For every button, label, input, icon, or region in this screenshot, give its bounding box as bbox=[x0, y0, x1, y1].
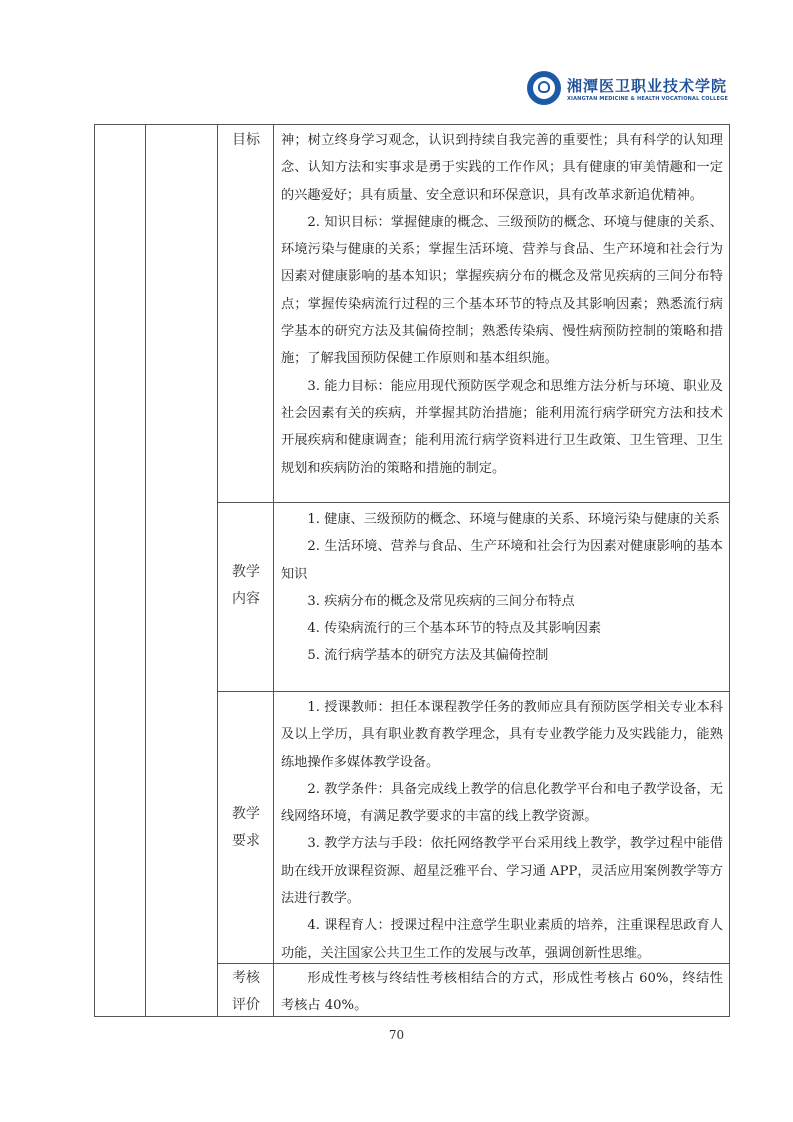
row-label-teaching-content: 教学 内容 bbox=[218, 559, 274, 613]
assessment-paragraph: 形成性考核与终结性考核相结合的方式，形成性考核占 60%，终结性考核占 40%。 bbox=[281, 965, 723, 1020]
label-line: 考核 bbox=[218, 965, 274, 992]
ability-goal-paragraph: 3. 能力目标：能应用现代预防医学观念和思维方法分析与环境、职业及社会因素有关的… bbox=[281, 373, 723, 482]
goal-content: 神；树立终身学习观念，认识到持续自我完善的重要性；具有科学的认知理念、认知方法和… bbox=[281, 127, 723, 482]
page-number: 70 bbox=[0, 1028, 793, 1042]
teaching-content: 1. 健康、三级预防的概念、环境与健康的关系、环境污染与健康的关系 2. 生活环… bbox=[281, 506, 723, 670]
content-item: 2. 生活环境、营养与食品、生产环境和社会行为因素对健康影响的基本知识 bbox=[281, 533, 723, 588]
label-line: 要求 bbox=[218, 828, 274, 855]
requirement-item: 4. 课程育人：授课过程中注意学生职业素质的培养，注重课程思政育人功能，关注国家… bbox=[281, 912, 723, 967]
teaching-requirements: 1. 授课教师：担任本课程教学任务的教师应具有预防医学相关专业本科及以上学历，具… bbox=[281, 694, 723, 967]
college-name-cn: 湘潭医卫职业技术学院 bbox=[567, 75, 728, 96]
requirement-item: 2. 教学条件：具备完成线上教学的信息化教学平台和电子教学设备，无线网络环境，有… bbox=[281, 776, 723, 831]
knowledge-goal-paragraph: 2. 知识目标：掌握健康的概念、三级预防的概念、环境与健康的关系、环境污染与健康… bbox=[281, 209, 723, 373]
college-name-en: XIANGTAN MEDICINE & HEALTH VOCATIONAL CO… bbox=[567, 96, 728, 102]
label-line: 评价 bbox=[218, 992, 274, 1019]
assessment-content: 形成性考核与终结性考核相结合的方式，形成性考核占 60%，终结性考核占 40%。 bbox=[281, 965, 723, 1020]
content-item: 4. 传染病流行的三个基本环节的特点及其影响因素 bbox=[281, 615, 723, 642]
goal-paragraph: 神；树立终身学习观念，认识到持续自我完善的重要性；具有科学的认知理念、认知方法和… bbox=[281, 127, 723, 209]
label-line: 教学 bbox=[218, 559, 274, 586]
row-label-assessment: 考核 评价 bbox=[218, 965, 274, 1019]
college-logo: 湘潭医卫职业技术学院 XIANGTAN MEDICINE & HEALTH VO… bbox=[527, 66, 707, 110]
column-divider bbox=[145, 125, 146, 1016]
label-line: 内容 bbox=[218, 586, 274, 613]
requirement-item: 1. 授课教师：担任本课程教学任务的教师应具有预防医学相关专业本科及以上学历，具… bbox=[281, 694, 723, 776]
row-label-teaching-requirements: 教学 要求 bbox=[218, 801, 274, 855]
label-line: 教学 bbox=[218, 801, 274, 828]
row-label-goal: 目标 bbox=[218, 127, 274, 154]
content-item: 1. 健康、三级预防的概念、环境与健康的关系、环境污染与健康的关系 bbox=[281, 506, 723, 533]
content-item: 3. 疾病分布的概念及常见疾病的三间分布特点 bbox=[281, 588, 723, 615]
row-divider bbox=[218, 691, 729, 692]
college-emblem-icon bbox=[527, 71, 561, 105]
content-item: 5. 流行病学基本的研究方法及其偏倚控制 bbox=[281, 642, 723, 669]
course-table: 目标 神；树立终身学习观念，认识到持续自我完善的重要性；具有科学的认知理念、认知… bbox=[94, 124, 730, 1017]
row-divider bbox=[218, 502, 729, 503]
requirement-item: 3. 教学方法与手段：依托网络教学平台采用线上教学，教学过程中能借助在线开放课程… bbox=[281, 830, 723, 912]
